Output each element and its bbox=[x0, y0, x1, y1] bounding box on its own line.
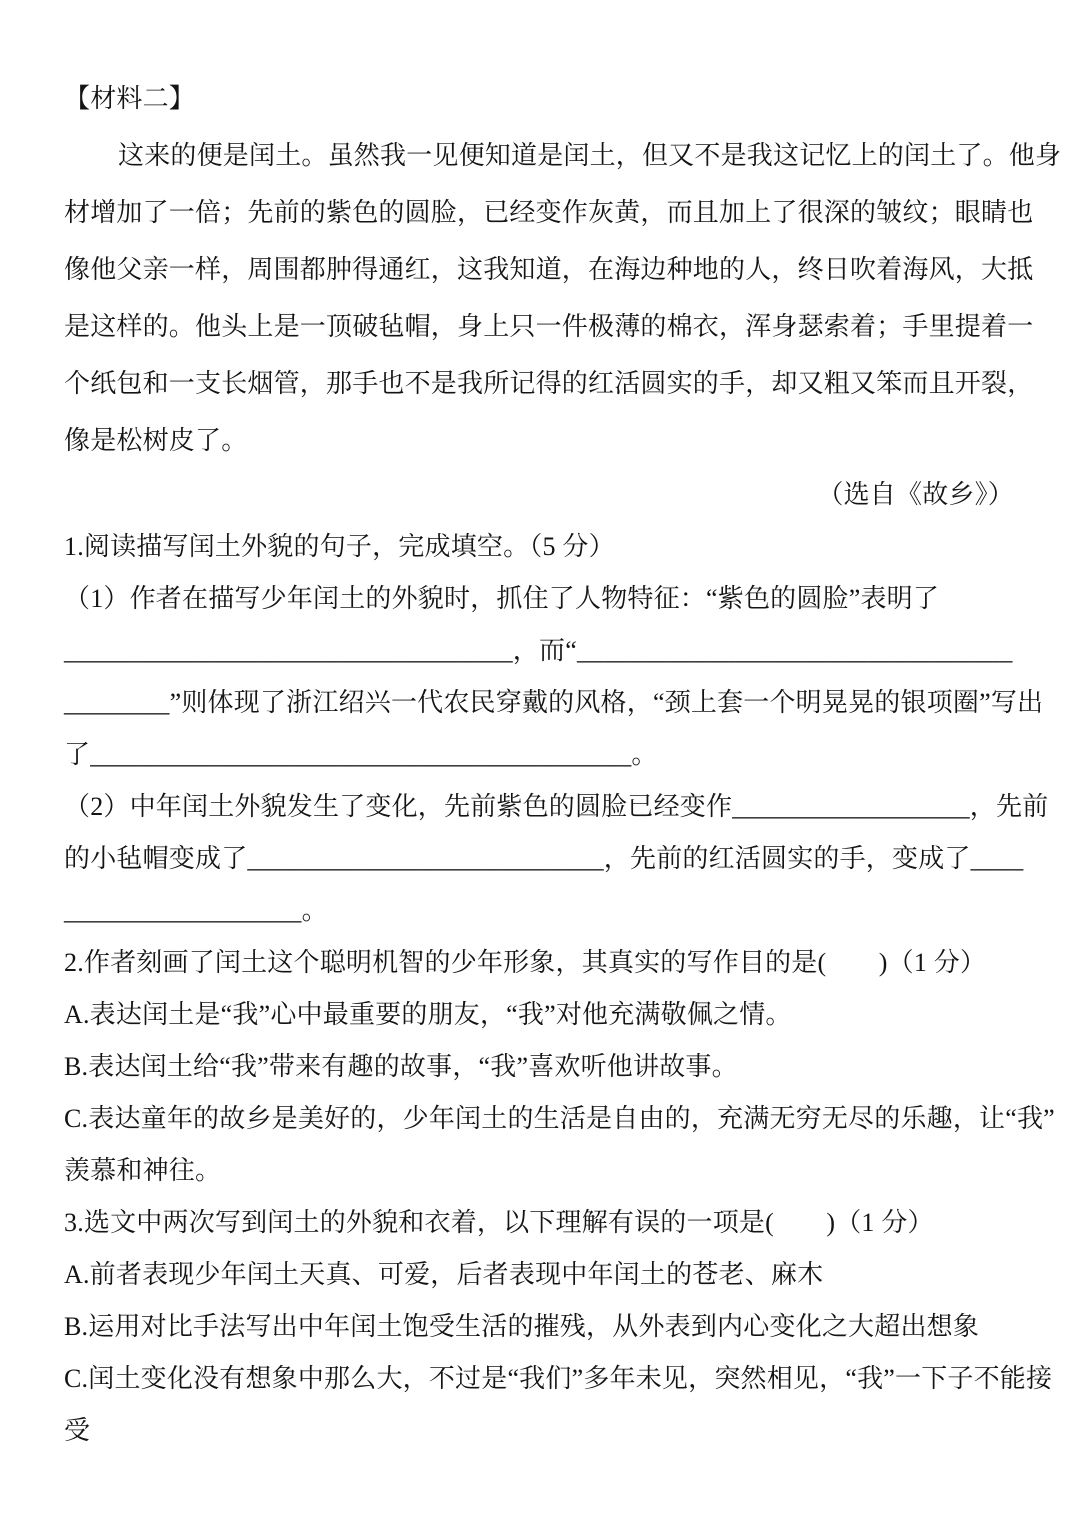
question-1-part-2-blank-line: __________________。 bbox=[64, 885, 1020, 937]
question-1-part-2-line: 的小毡帽变成了___________________________，先前的红活… bbox=[64, 833, 1020, 885]
question-2-option-b: B.表达闰土给“我”带来有趣的故事，“我”喜欢听他讲故事。 bbox=[64, 1041, 1020, 1093]
passage-line: 像是松树皮了。 bbox=[64, 412, 1020, 469]
question-3-stem: 3.选文中两次写到闰土的外貌和衣着，以下理解有误的一项是( )（1 分） bbox=[64, 1197, 1020, 1249]
passage-line: 这来的便是闰土。虽然我一见便知道是闰土，但又不是我这记忆上的闰土了。他身 bbox=[64, 127, 1020, 184]
question-3-option-c: C.闰土变化没有想象中那么大，不过是“我们”多年未见，突然相见，“我”一下子不能… bbox=[64, 1353, 1020, 1405]
question-3-option-b: B.运用对比手法写出中年闰土饱受生活的摧残，从外表到内心变化之大超出想象 bbox=[64, 1301, 1020, 1353]
question-1-part-1-line: ________”则体现了浙江绍兴一代农民穿戴的风格，“颈上套一个明晃晃的银项圈… bbox=[64, 677, 1020, 729]
question-2-option-a: A.表达闰土是“我”心中最重要的朋友，“我”对他充满敬佩之情。 bbox=[64, 989, 1020, 1041]
material-label: 【材料二】 bbox=[64, 70, 1020, 127]
question-1-part-1-blank-line: 了_______________________________________… bbox=[64, 729, 1020, 781]
question-1-part-1-line: （1）作者在描写少年闰土的外貌时，抓住了人物特征：“紫色的圆脸”表明了 bbox=[64, 573, 1020, 625]
passage-line: 是这样的。他头上是一顶破毡帽，身上只一件极薄的棉衣，浑身瑟索着；手里提着一 bbox=[64, 298, 1020, 355]
question-2-option-c: C.表达童年的故乡是美好的，少年闰土的生活是自由的，充满无穷无尽的乐趣，让“我” bbox=[64, 1093, 1020, 1145]
exam-page: 【材料二】 这来的便是闰土。虽然我一见便知道是闰土，但又不是我这记忆上的闰土了。… bbox=[0, 0, 1080, 1527]
question-2-option-c-continued: 羡慕和神往。 bbox=[64, 1145, 1020, 1197]
question-3-option-c-continued: 受 bbox=[64, 1405, 1020, 1457]
question-2-stem: 2.作者刻画了闰土这个聪明机智的少年形象，其真实的写作目的是( )（1 分） bbox=[64, 937, 1020, 989]
passage-line: 像他父亲一样，周围都肿得通红，这我知道，在海边种地的人，终日吹着海风，大抵 bbox=[64, 241, 1020, 298]
question-3-option-a: A.前者表现少年闰土天真、可爱，后者表现中年闰土的苍老、麻木 bbox=[64, 1249, 1020, 1301]
question-1-part-1-blank-line: __________________________________，而“___… bbox=[64, 625, 1020, 677]
question-1-part-2-line: （2）中年闰土外貌发生了变化，先前紫色的圆脸已经变作______________… bbox=[64, 781, 1020, 833]
passage-line: 个纸包和一支长烟管，那手也不是我所记得的红活圆实的手，却又粗又笨而且开裂， bbox=[64, 355, 1020, 412]
passage-source: （选自《故乡》） bbox=[64, 469, 1020, 521]
question-1-stem: 1.阅读描写闰土外貌的句子，完成填空。（5 分） bbox=[64, 521, 1020, 573]
passage-line: 材增加了一倍；先前的紫色的圆脸，已经变作灰黄，而且加上了很深的皱纹；眼睛也 bbox=[64, 184, 1020, 241]
